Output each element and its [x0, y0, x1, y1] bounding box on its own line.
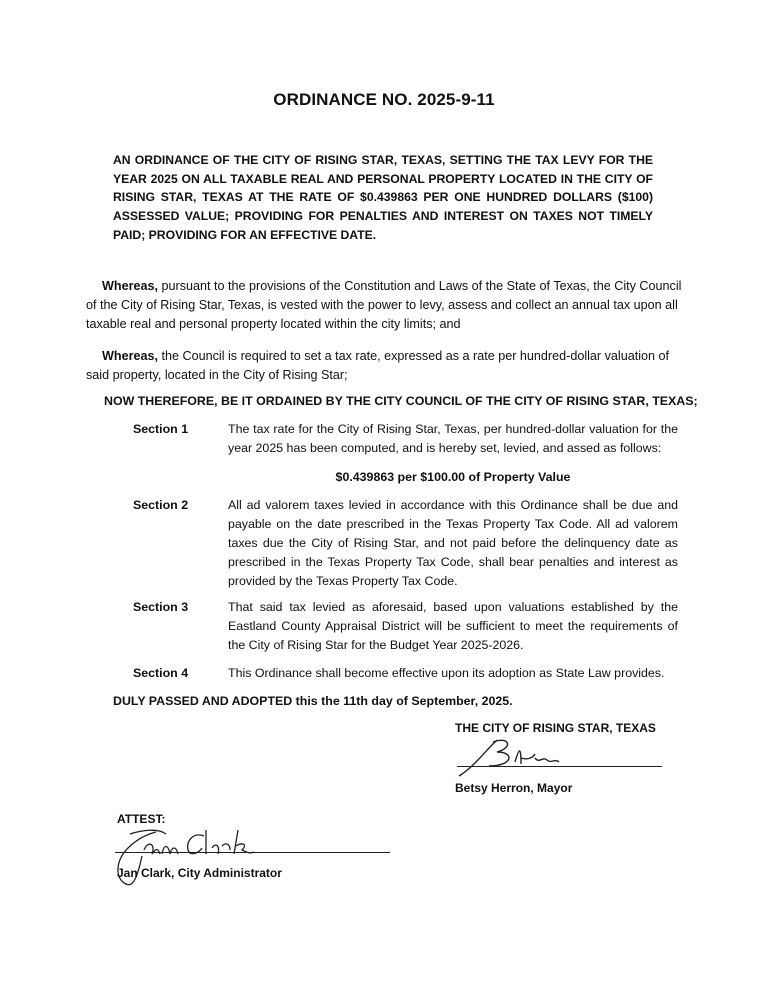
section-4-label: Section 4 — [133, 666, 188, 680]
administrator-signature — [108, 826, 268, 896]
whereas-paragraph-2: Whereas, the Council is required to set … — [86, 347, 682, 385]
whereas-text: pursuant to the provisions of the Consti… — [86, 279, 681, 331]
ordinance-title: ORDINANCE NO. 2025-9-11 — [0, 90, 768, 110]
whereas-paragraph-1: Whereas, pursuant to the provisions of t… — [86, 277, 682, 334]
section-3-text: That said tax levied as aforesaid, based… — [228, 598, 678, 655]
whereas-text: the Council is required to set a tax rat… — [86, 349, 669, 382]
tax-rate-statement: $0.439863 per $100.00 of Property Value — [228, 470, 678, 484]
section-4-text: This Ordinance shall become effective up… — [228, 664, 678, 683]
now-therefore-clause: NOW THEREFORE, BE IT ORDAINED BY THE CIT… — [104, 394, 698, 408]
ordinance-caption: AN ORDINANCE OF THE CITY OF RISING STAR,… — [113, 151, 653, 245]
section-1-text: The tax rate for the City of Rising Star… — [228, 420, 678, 458]
administrator-name: Jan Clark, City Administrator — [117, 866, 282, 880]
section-1-label: Section 1 — [133, 422, 188, 436]
section-2-label: Section 2 — [133, 498, 188, 512]
section-3-label: Section 3 — [133, 600, 188, 614]
mayor-name: Betsy Herron, Mayor — [455, 781, 572, 795]
mayor-signature — [455, 736, 575, 781]
attest-label: ATTEST: — [117, 812, 165, 826]
administrator-signature-line — [115, 852, 390, 853]
section-2-text: All ad valorem taxes levied in accordanc… — [228, 496, 678, 591]
mayor-signature-line — [457, 766, 662, 767]
adoption-statement: DULY PASSED AND ADOPTED this the 11th da… — [113, 694, 513, 708]
whereas-lead: Whereas, — [102, 279, 158, 293]
whereas-lead: Whereas, — [102, 349, 158, 363]
city-signature-heading: THE CITY OF RISING STAR, TEXAS — [455, 721, 656, 735]
